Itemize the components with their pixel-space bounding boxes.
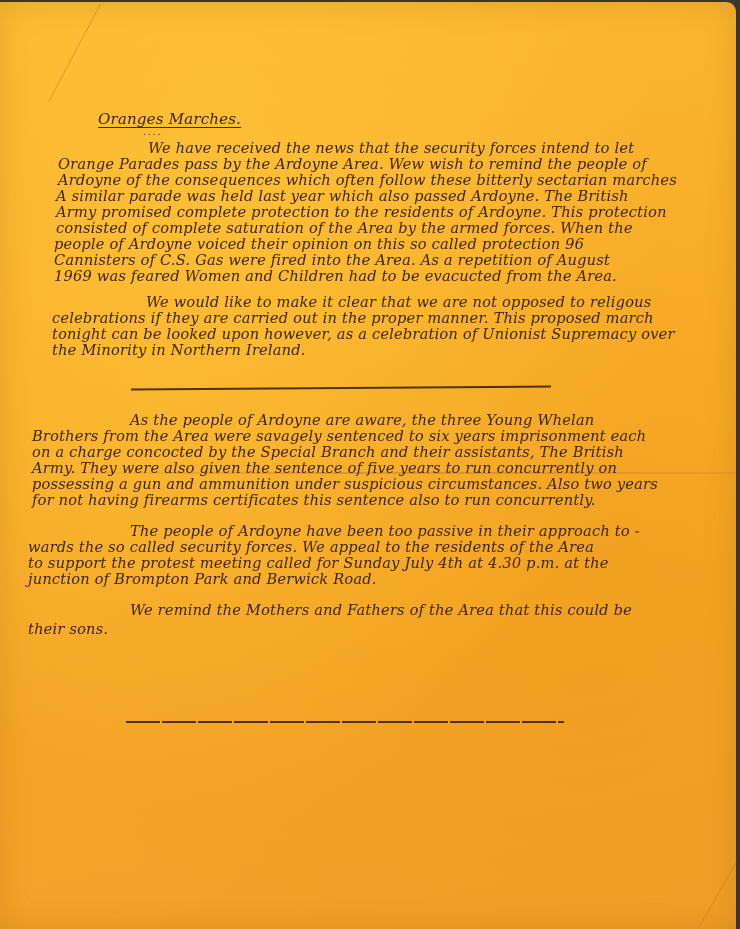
leaflet-text: Oranges Marches. .... We have received t…	[0, 0, 740, 929]
text-line: A similar parade was held last year whic…	[56, 189, 629, 205]
text-line: junction of Brompton Park and Berwick Ro…	[28, 572, 377, 588]
text-line: As the people of Ardoyne are aware, the …	[130, 413, 594, 429]
text-line: Cannisters of C.S. Gas were fired into t…	[54, 253, 610, 269]
text-line: We remind the Mothers and Fathers of the…	[130, 603, 632, 619]
text-line: to support the protest meeting called fo…	[28, 556, 609, 572]
text-line: wards the so called security forces. We …	[28, 540, 594, 556]
text-line: possessing a gun and ammunition under su…	[32, 477, 658, 493]
text-line: tonight can be looked upon however, as a…	[52, 327, 675, 343]
text-line: consisted of complete saturation of the …	[56, 221, 633, 237]
text-line: for not having firearms certificates thi…	[32, 493, 596, 509]
text-line: Army. They were also given the sentence …	[32, 461, 617, 477]
text-line: their sons.	[28, 622, 108, 638]
document-title: Oranges Marches.	[98, 110, 241, 128]
text-line: celebrations if they are carried out in …	[52, 311, 654, 327]
text-line: people of Ardoyne voiced their opinion o…	[54, 237, 584, 253]
text-line: We have received the news that the secur…	[148, 141, 634, 157]
text-line: We would like to make it clear that we a…	[146, 295, 651, 311]
divider-rule	[131, 386, 551, 391]
text-line: Brothers from the Area were savagely sen…	[32, 429, 646, 445]
text-line: Ardoyne of the consequences which often …	[58, 173, 677, 189]
divider-rule	[126, 721, 564, 723]
text-line: Orange Parades pass by the Ardoyne Area.…	[58, 157, 647, 173]
text-line: Army promised complete protection to the…	[56, 205, 667, 221]
text-line: on a charge concocted by the Special Bra…	[32, 445, 624, 461]
text-line: 1969 was feared Women and Children had t…	[54, 269, 617, 285]
title-dots: ....	[143, 128, 162, 138]
text-line: The people of Ardoyne have been too pass…	[130, 524, 640, 540]
text-line: the Minority in Northern Ireland.	[52, 343, 306, 359]
